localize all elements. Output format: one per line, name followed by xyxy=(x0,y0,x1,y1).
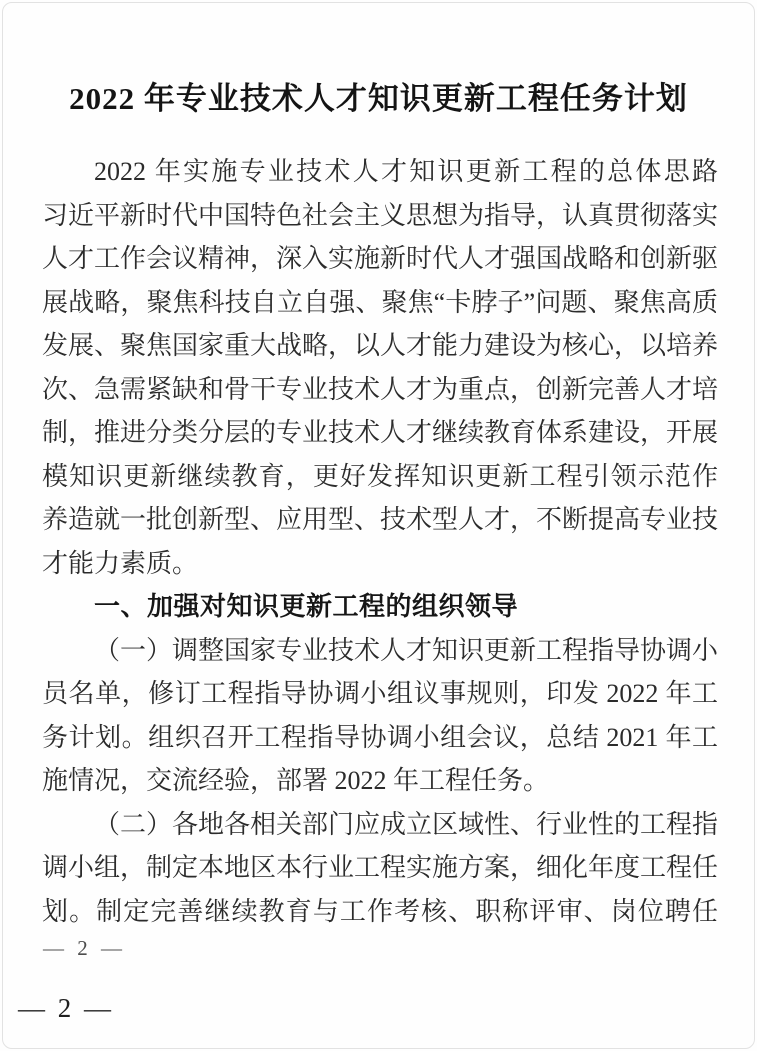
page-number-inner: — 2 — xyxy=(43,936,126,961)
paragraph2-line: 施情况，交流经验，部署 2022 年工程任务。 xyxy=(42,759,718,803)
paragraph1-line: 制，推进分类分层的专业技术人才继续教育体系建设，开展大规 xyxy=(42,411,718,455)
page-number-outer: — 2 — xyxy=(18,993,114,1024)
paragraph1-line: 才能力素质。 xyxy=(42,542,718,586)
paragraph2-line: 员名单，修订工程指导协调小组议事规则，印发 2022 年工程任 xyxy=(42,672,718,716)
paragraph3-line: 划。制定完善继续教育与工作考核、职称评审、岗位聘任（聘 xyxy=(42,890,718,934)
paragraph2-line: （一）调整国家专业技术人才知识更新工程指导协调小组成 xyxy=(42,629,718,673)
document-body: 2022 年实施专业技术人才知识更新工程的总体思路是：以 习近平新时代中国特色社… xyxy=(42,150,718,933)
paragraph1-line: 次、急需紧缺和骨干专业技术人才为重点，创新完善人才培养机 xyxy=(42,368,718,412)
document-title: 2022 年专业技术人才知识更新工程任务计划 xyxy=(0,73,757,118)
paragraph2-line: 务计划。组织召开工程指导协调小组会议，总结 2021 年工程实 xyxy=(42,716,718,760)
paragraph3-line: （二）各地各相关部门应成立区域性、行业性的工程指导协 xyxy=(42,803,718,847)
paragraph3-line: 调小组，制定本地区本行业工程实施方案，细化年度工程任务计 xyxy=(42,846,718,890)
paragraph1-line: 模知识更新继续教育，更好发挥知识更新工程引领示范作用，培 xyxy=(42,455,718,499)
document-page: 2022 年专业技术人才知识更新工程任务计划 2022 年实施专业技术人才知识更… xyxy=(0,0,757,1051)
section-heading-1: 一、加强对知识更新工程的组织领导 xyxy=(42,585,718,629)
paragraph1-line: 展战略，聚焦科技自立自强、聚焦“卡脖子”问题、聚焦高质量 xyxy=(42,281,718,325)
paragraph1-line: 习近平新时代中国特色社会主义思想为指导，认真贯彻落实中央 xyxy=(42,194,718,238)
paragraph1-line: 发展、聚焦国家重大战略，以人才能力建设为核心，以培养高层 xyxy=(42,324,718,368)
paragraph1-line: 2022 年实施专业技术人才知识更新工程的总体思路是：以 xyxy=(42,150,718,194)
paragraph1-line: 养造就一批创新型、应用型、技术型人才，不断提高专业技术人 xyxy=(42,498,718,542)
paragraph1-line: 人才工作会议精神，深入实施新时代人才强国战略和创新驱动发 xyxy=(42,237,718,281)
